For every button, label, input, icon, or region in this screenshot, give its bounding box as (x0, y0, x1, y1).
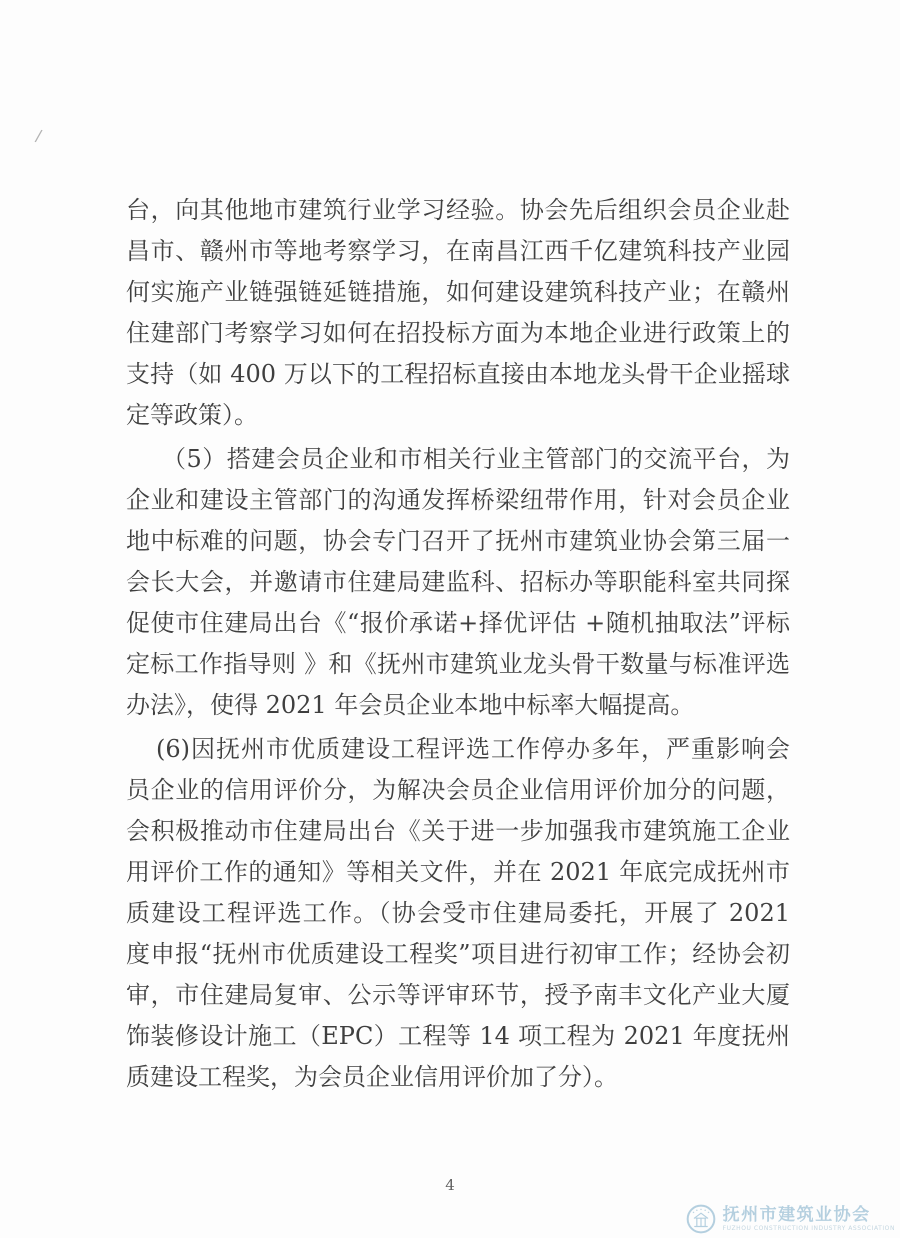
text-line: 会长大会，并邀请市住建局建监科、招标办等职能科室共同探讨， (126, 562, 790, 603)
text-line: （5）搭建会员企业和市相关行业主管部门的交流平台，为 (126, 439, 790, 480)
text-line: 办法》，使得 2021 年会员企业本地中标率大幅提高。 (126, 685, 790, 726)
text-line: 台，向其他地市建筑行业学习经验。协会先后组织会员企业赴南 (126, 190, 790, 231)
text-line: 住建部门考察学习如何在招投标方面为本地企业进行政策上的 (126, 313, 790, 354)
page-number: 4 (0, 1176, 900, 1194)
text-line: 地中标难的问题，协会专门召开了抚州市建筑业协会第三届一次 (126, 521, 790, 562)
text-line: 定标工作指导则 》和《抚州市建筑业龙头骨干数量与标准评选 (126, 644, 790, 685)
text-line: 企业和建设主管部门的沟通发挥桥梁纽带作用，针对会员企业本 (126, 480, 790, 521)
scan-artifact-mark: / (34, 126, 43, 146)
text-line: 促使市住建局出台《“报价承诺+择优评估 +随机抽取法”评标 (126, 603, 790, 644)
association-name-cn: 抚州市建筑业协会 (723, 1206, 871, 1225)
text-line: 质建设工程评选工作。（协会受市住建局委托，开展了 2021 年 (126, 893, 790, 934)
text-line: 何实施产业链强链延链措施，如何建设建筑科技产业；在赣州市 (126, 272, 790, 313)
association-logo-text: 抚州市建筑业协会 FUZHOU CONSTRUCTION INDUSTRY AS… (723, 1206, 895, 1233)
text-line: 员企业的信用评价分，为解决会员企业信用评价加分的问题，协 (126, 770, 790, 811)
association-logo: 抚州市建筑业协会 FUZHOU CONSTRUCTION INDUSTRY AS… (686, 1204, 895, 1234)
text-line: 用评价工作的通知》等相关文件，并在 2021 年底完成抚州市优 (126, 852, 790, 893)
text-line: (6)因抚州市优质建设工程评选工作停办多年，严重影响会 (126, 729, 790, 770)
text-line: 饰装修设计施工（EPC）工程等 14 项工程为 2021 年度抚州市优 (126, 1016, 790, 1057)
paragraph: (6)因抚州市优质建设工程评选工作停办多年，严重影响会员企业的信用评价分，为解决… (126, 729, 790, 1098)
text-line: 度申报“抚州市优质建设工程奖”项目进行初审工作；经协会初 (126, 934, 790, 975)
text-line: 昌市、赣州市等地考察学习，在南昌江西千亿建筑科技产业园如 (126, 231, 790, 272)
paragraph: （5）搭建会员企业和市相关行业主管部门的交流平台，为企业和建设主管部门的沟通发挥… (126, 439, 790, 726)
association-seal-icon (686, 1204, 716, 1234)
association-name-en: FUZHOU CONSTRUCTION INDUSTRY ASSOCIATION (723, 1225, 895, 1233)
text-line: 定等政策）。 (126, 395, 790, 436)
text-line: 质建设工程奖，为会员企业信用评价加了分）。 (126, 1057, 790, 1098)
document-body: 台，向其他地市建筑行业学习经验。协会先后组织会员企业赴南昌市、赣州市等地考察学习… (126, 190, 790, 1098)
text-line: 审，市住建局复审、公示等评审环节，授予南丰文化产业大厦装 (126, 975, 790, 1016)
text-line: 会积极推动市住建局出台《关于进一步加强我市建筑施工企业信 (126, 811, 790, 852)
text-line: 支持（如 400 万以下的工程招标直接由本地龙头骨干企业摇球确 (126, 354, 790, 395)
paragraph: 台，向其他地市建筑行业学习经验。协会先后组织会员企业赴南昌市、赣州市等地考察学习… (126, 190, 790, 436)
